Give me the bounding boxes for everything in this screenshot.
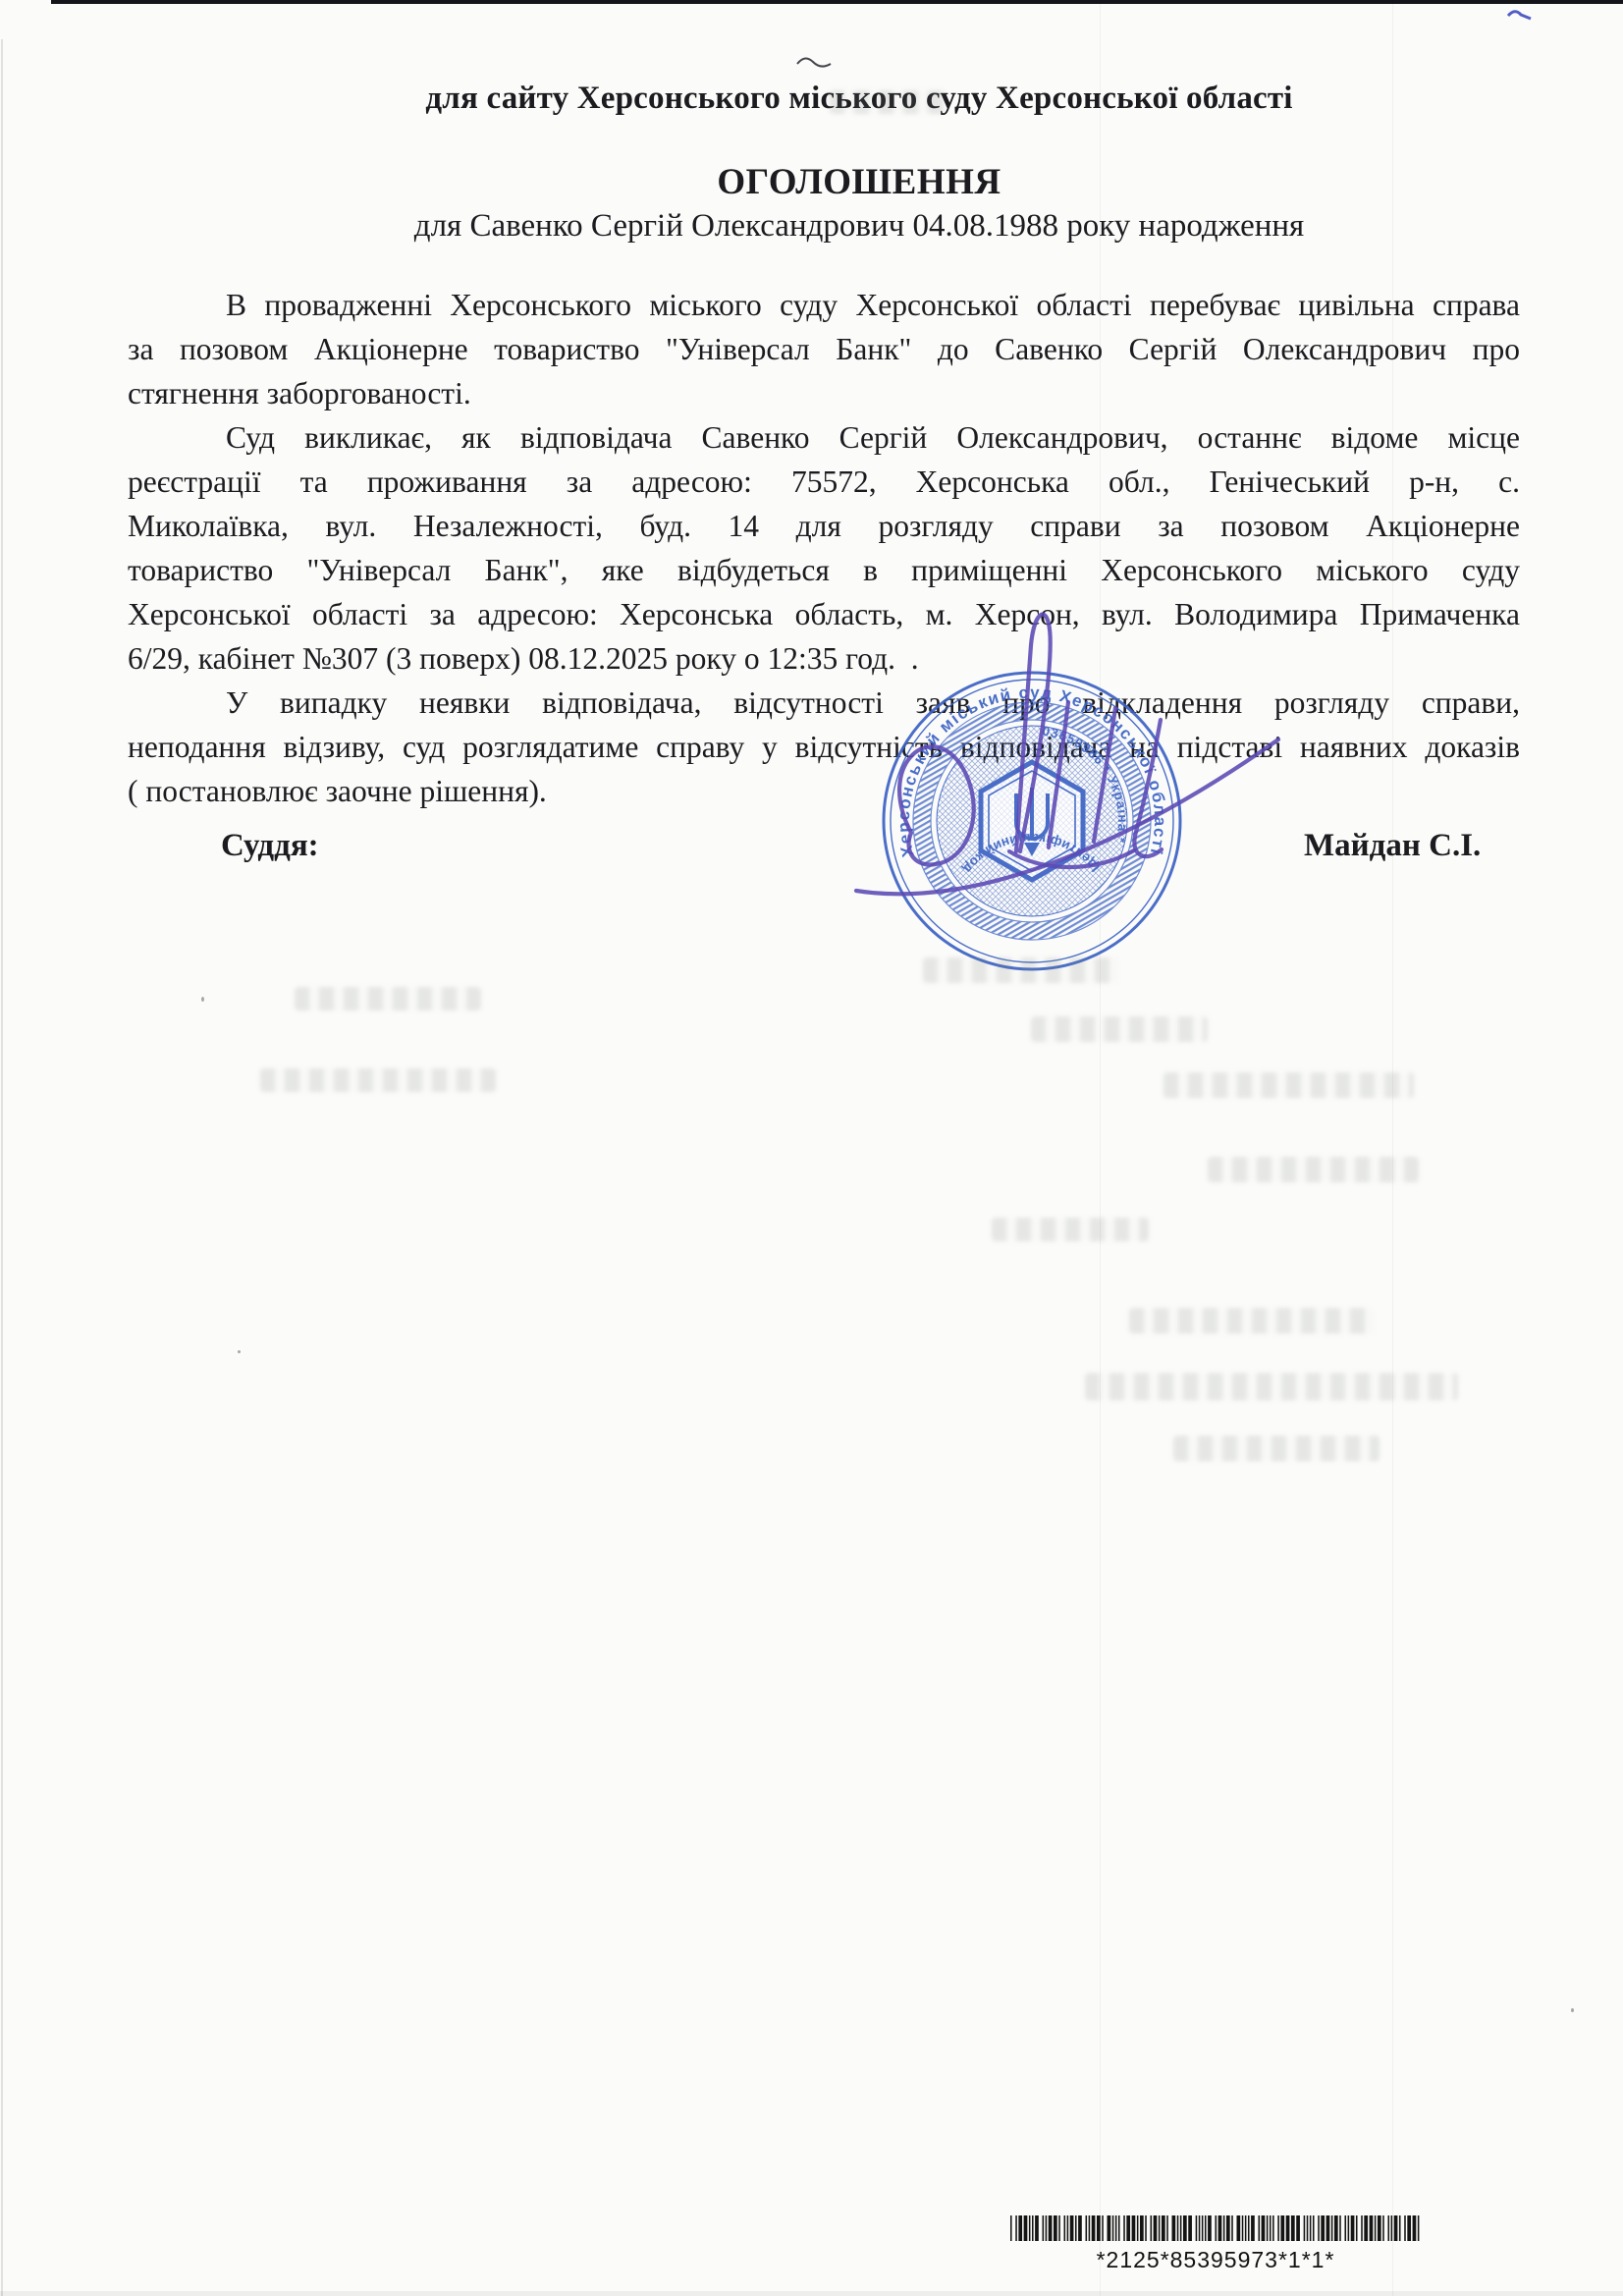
announcement-title: ОГОЛОШЕННЯ xyxy=(177,161,1542,203)
svg-text:Ідентифікаційний код: Ідентифікаційний код xyxy=(959,831,1103,877)
barcode: *2125*85395973*1*1* xyxy=(1009,2215,1422,2273)
scan-edge-top xyxy=(51,0,1623,4)
barcode-bars-icon xyxy=(1010,2215,1421,2241)
blue-ink-fleck xyxy=(1506,8,1536,24)
scan-artifact xyxy=(260,1068,496,1092)
paragraph-line: Миколаївка, вул. Незалежності, буд. 14 д… xyxy=(128,504,1520,548)
ink-squiggle-mark xyxy=(795,54,835,72)
paragraph-line: В провадженні Херсонського міського суду… xyxy=(128,283,1520,327)
paragraph-line: Херсонської області за адресою: Херсонсь… xyxy=(128,592,1520,636)
scan-artifact xyxy=(1085,1373,1458,1400)
paragraph-line: реєстрації та проживання за адресою: 755… xyxy=(128,460,1520,504)
paragraph-line: неподання відзиву, суд розглядатиме спра… xyxy=(128,725,1520,769)
dust-speck xyxy=(238,1350,241,1353)
scan-artifact xyxy=(1173,1436,1380,1461)
scan-edge-left xyxy=(1,39,3,2296)
scan-artifact xyxy=(1031,1016,1208,1042)
scan-artifact xyxy=(1208,1157,1419,1182)
scan-artifact xyxy=(992,1218,1149,1241)
body-text: В провадженні Херсонського міського суду… xyxy=(128,283,1520,813)
scan-artifact xyxy=(1129,1308,1375,1334)
barcode-caption: *2125*85395973*1*1* xyxy=(1009,2247,1422,2273)
scan-artifact xyxy=(1163,1072,1414,1098)
paragraph-line: стягнення заборгованості. xyxy=(128,371,1520,415)
paragraph-line: 6/29, кабінет №307 (3 поверх) 08.12.2025… xyxy=(128,636,1520,681)
scan-artifact xyxy=(923,957,1119,983)
judge-label: Суддя: xyxy=(221,828,319,864)
paragraph-line: товариство "Універсал Банк", яке відбуде… xyxy=(128,548,1520,592)
paragraph-line: У випадку неявки відповідача, відсутност… xyxy=(128,681,1520,725)
scan-edge-bottom xyxy=(0,2291,1623,2296)
stamp-inner-text: Ідентифікаційний код xyxy=(959,831,1103,877)
paragraph-line: за позовом Акціонерне товариство "Універ… xyxy=(128,327,1520,371)
scan-artifact xyxy=(295,987,481,1011)
paragraph-line: ( постановлює заочне рішення). xyxy=(128,769,1520,813)
scan-artifact xyxy=(830,90,947,114)
judge-name: Майдан С.І. xyxy=(1304,828,1481,864)
dust-speck xyxy=(1571,2008,1574,2012)
dust-speck xyxy=(201,997,204,1002)
announcement-subtitle: для Савенко Сергій Олександрович 04.08.1… xyxy=(177,208,1542,245)
paragraph-line: Суд викликає, як відповідача Савенко Сер… xyxy=(128,415,1520,460)
document-page: { "document": { "header_note": "для сайт… xyxy=(0,0,1623,2296)
